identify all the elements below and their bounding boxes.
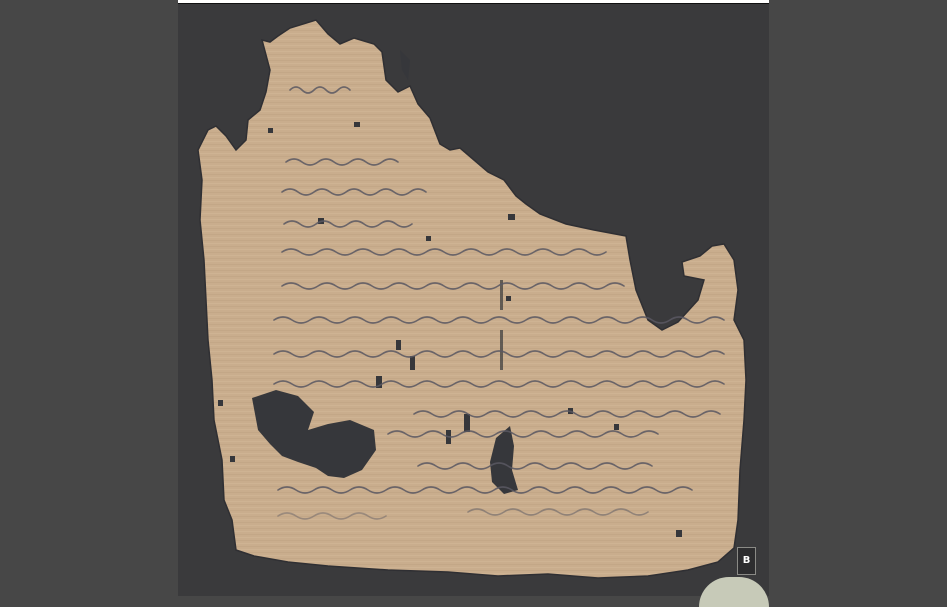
fragment-label: B	[737, 547, 756, 575]
papyrus-image	[178, 0, 769, 596]
viewer-top-bar	[178, 0, 769, 4]
image-viewer: B	[0, 0, 947, 596]
papyrus-fragment-drawing	[178, 0, 769, 596]
papyrus-sheet	[198, 20, 746, 578]
